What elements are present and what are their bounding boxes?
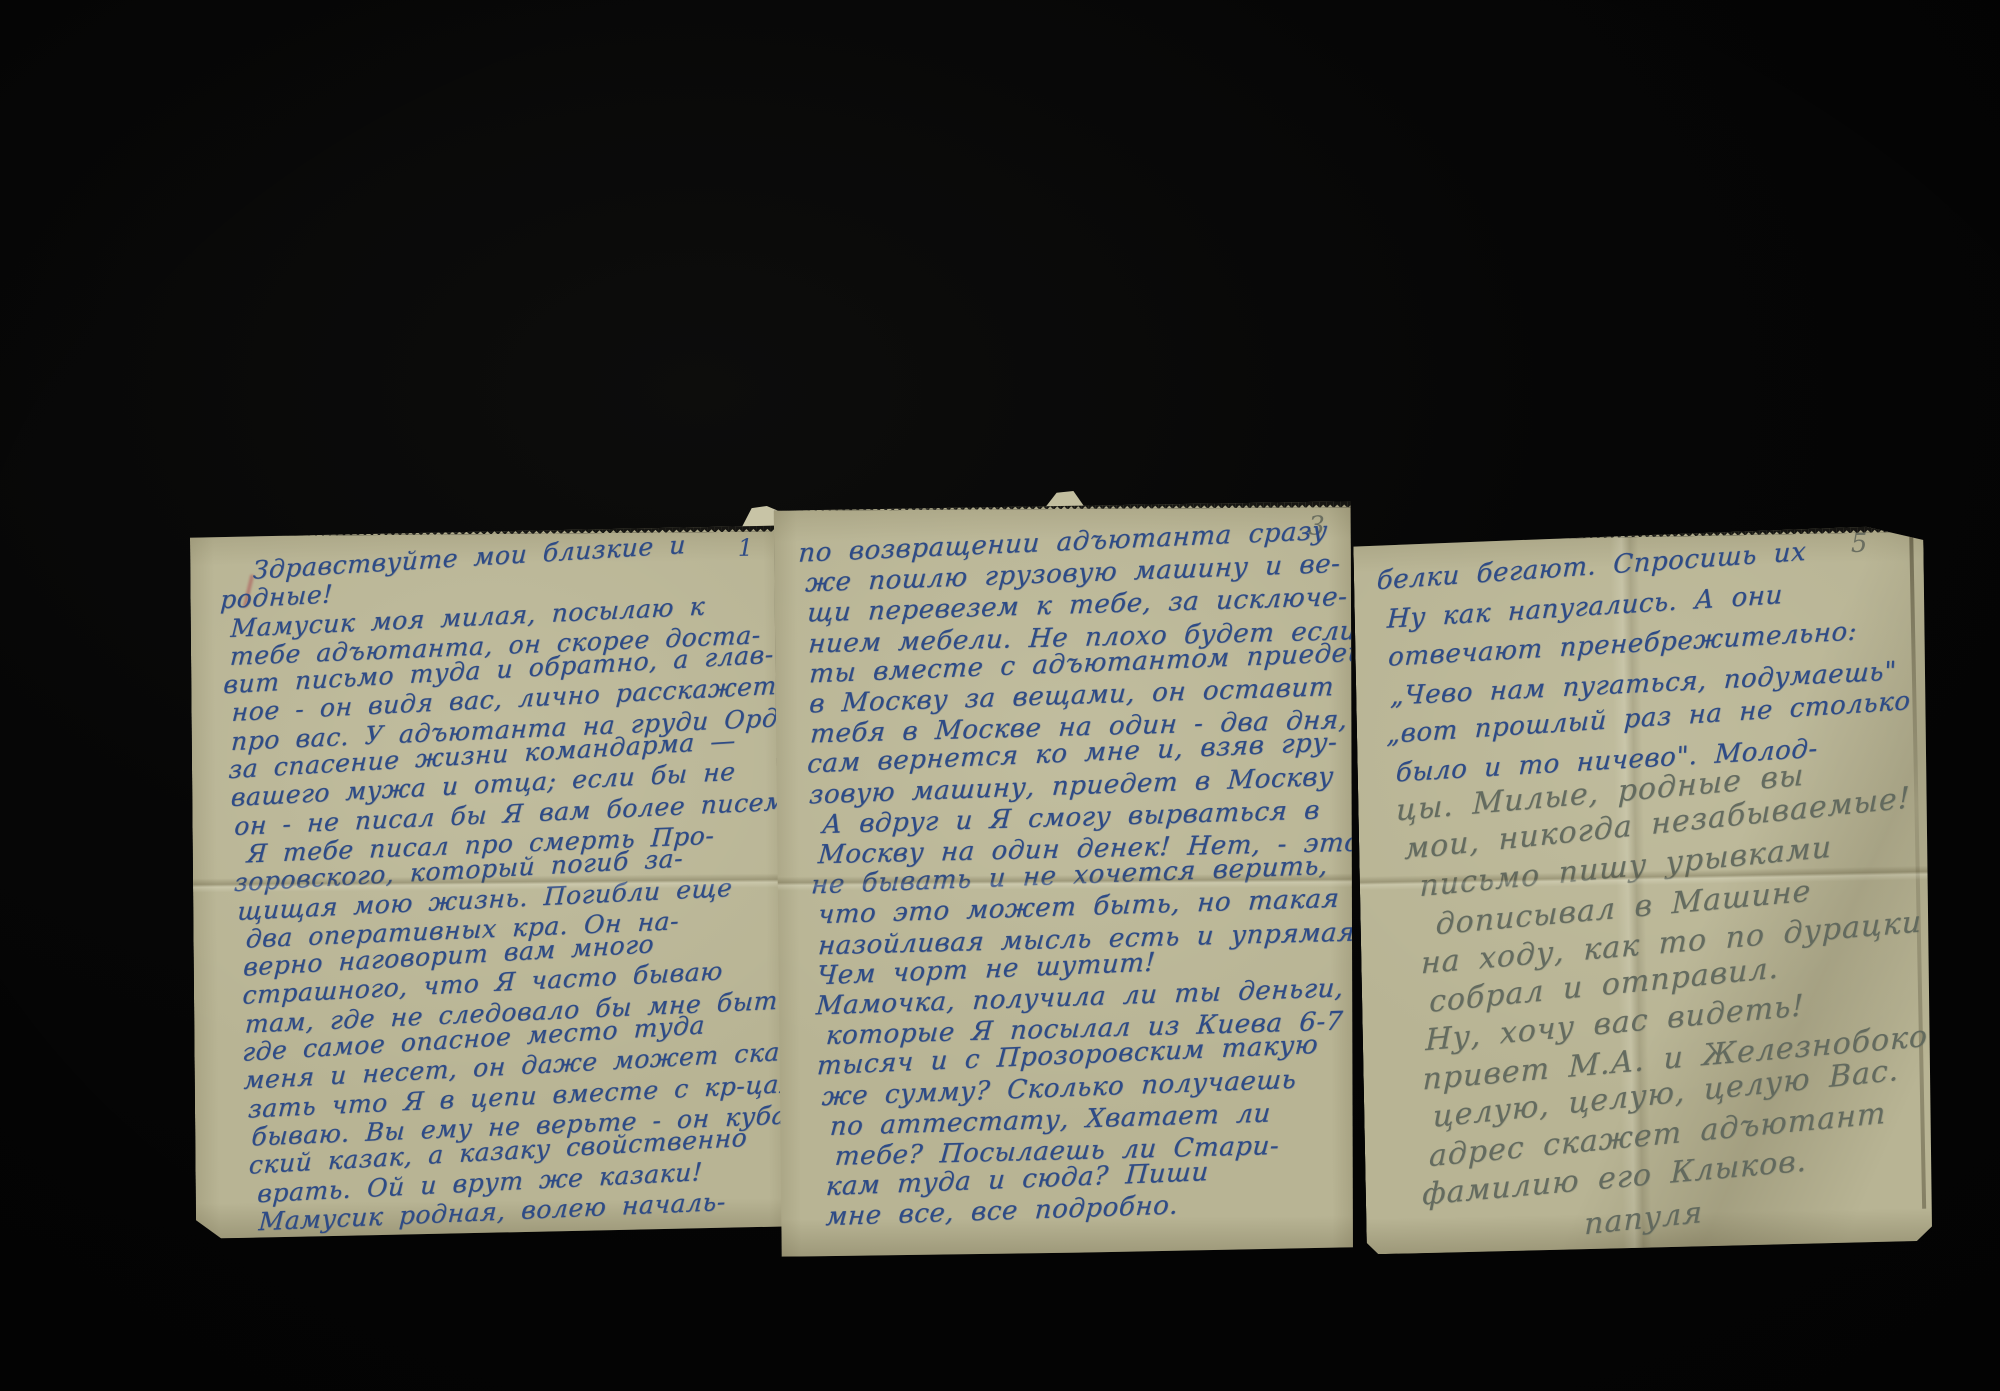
- letter-page-2: 3 по возвращении адъютанта сразуже пошлю…: [774, 501, 1356, 1257]
- page-text: Здравствуйте мои близкие иродные!Мамусик…: [220, 528, 871, 1237]
- letter-page-1: 1 Здравствуйте мои близкие иродные!Мамус…: [190, 525, 793, 1238]
- letter-page-3: 5 белки бегают. Спросишь ихНу как напуга…: [1353, 526, 1937, 1255]
- page-text: белки бегают. Спросишь ихНу как напугали…: [1380, 531, 1958, 1254]
- letter-photograph: 1 Здравствуйте мои близкие иродные!Мамус…: [0, 0, 2000, 1391]
- page-text: по возвращении адъютанта сразуже пошлю г…: [802, 520, 1410, 1233]
